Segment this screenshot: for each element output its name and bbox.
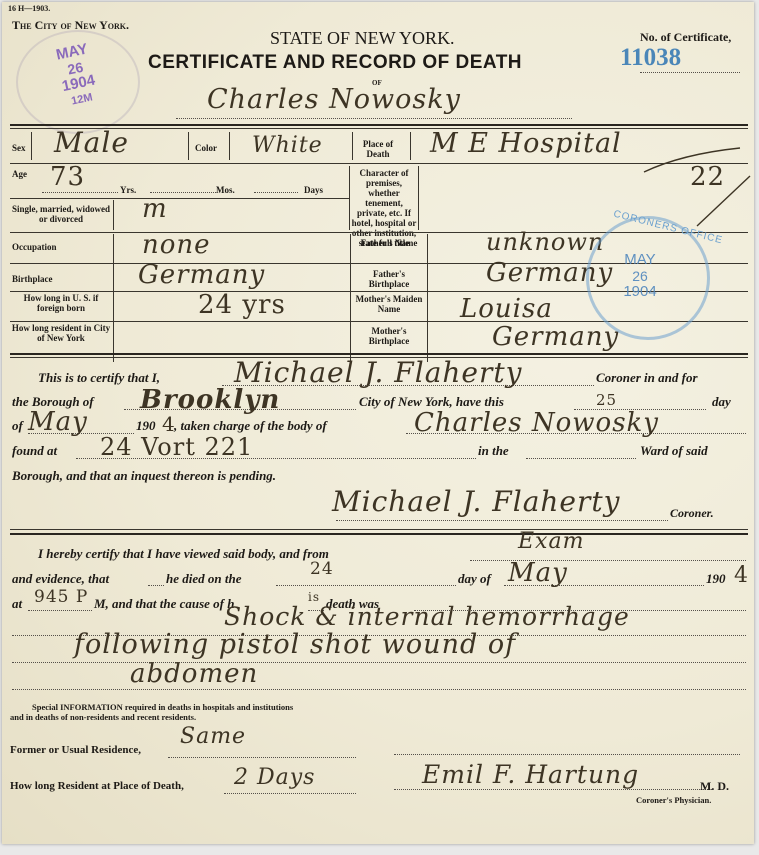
md-label: M. D.	[700, 779, 729, 794]
premises-label: Character of premises, whether tenement,…	[350, 168, 418, 248]
physician-cert-line3-prefix: at	[12, 596, 22, 612]
years-in-us-label: How long in U. S. if foreign born	[10, 293, 112, 313]
physician-year-digit: 4	[734, 563, 749, 588]
certificate-number: 11038	[620, 44, 681, 72]
place-of-death-value: M E Hospital	[430, 128, 622, 159]
found-at-value: 24 Vort 221	[100, 433, 253, 461]
death-certificate: 16 H—1903. The City of New York. MAY 26 …	[2, 2, 754, 844]
years-in-us-value: 24 yrs	[198, 290, 286, 320]
resident-duration-label: How long Resident at Place of Death,	[10, 780, 184, 792]
coroner-cert-line1-prefix: This is to certify that I,	[38, 370, 160, 386]
day-value: 25	[596, 391, 617, 409]
fathers-name-label: Father's Name	[352, 238, 426, 248]
deceased-name: Charles Nowosky	[207, 84, 461, 115]
sex-value: Male	[54, 126, 129, 159]
year-prefix: 190	[136, 418, 156, 434]
former-residence-label: Former or Usual Residence,	[10, 744, 141, 756]
cause-line-3: abdomen	[130, 659, 258, 689]
physician-year-prefix: 190	[706, 571, 726, 587]
physician-cert-line1: I hereby certify that I have viewed said…	[38, 546, 329, 562]
coroner-cert-line2-suffix: day	[712, 394, 731, 410]
age-label: Age	[12, 169, 27, 179]
coroners-office-stamp: MAY 26 1904	[620, 252, 660, 300]
fathers-birthplace-label: Father's Birthplace	[352, 269, 426, 289]
fathers-name-value: unknown	[486, 228, 604, 256]
certificate-title: CERTIFICATE AND RECORD OF DEATH	[148, 52, 522, 74]
death-day-value: 24	[310, 559, 334, 579]
physician-title: Coroner's Physician.	[636, 795, 711, 805]
coroner-cert-line1-suffix: Coroner in and for	[596, 370, 698, 386]
place-of-death-label: Place of Death	[354, 139, 402, 159]
birthplace-label: Birthplace	[12, 274, 53, 284]
special-info-heading-1: Special INFORMATION required in deaths i…	[32, 702, 293, 712]
coroner-cert-line4-prefix: found at	[12, 443, 57, 459]
mothers-birthplace-label: Mother's Birthplace	[352, 326, 426, 346]
mothers-maiden-name-label: Mother's Maiden Name	[352, 294, 426, 314]
physician-cert-line2-mid: he died on the	[166, 571, 241, 587]
physician-cert-line2-prefix: and evidence, that	[12, 571, 109, 587]
former-residence-value: Same	[180, 724, 246, 749]
age-years: 73	[50, 162, 85, 192]
cause-line-2: following pistol shot wound of	[74, 629, 516, 660]
marital-status-value: m	[142, 194, 168, 224]
resident-duration-value: 2 Days	[234, 765, 315, 790]
coroner-cert-line3-mid: , taken charge of the body of	[174, 418, 327, 434]
color-value: White	[252, 133, 323, 158]
coroner-cert-line3-prefix: of	[12, 418, 23, 434]
color-label: Color	[195, 143, 217, 153]
coroner-signature-label: Coroner.	[670, 506, 714, 521]
coroner-cert-line4-suffix: Ward of said	[640, 443, 708, 459]
occupation-label: Occupation	[12, 242, 57, 252]
physician-cert-day-of: day of	[458, 571, 491, 587]
death-time-value: 945 P	[34, 587, 88, 607]
death-month-value: May	[508, 558, 568, 588]
body-of-value: Charles Nowosky	[414, 408, 659, 438]
years-label: Yrs.	[120, 185, 136, 195]
state-heading: STATE OF NEW YORK.	[270, 28, 455, 49]
borough-value: Brooklyn	[140, 385, 280, 415]
days-label: Days	[304, 185, 323, 195]
special-info-heading-2: and in deaths of non-residents and recen…	[10, 712, 196, 722]
birthplace-value: Germany	[138, 260, 265, 290]
occupation-value: none	[142, 230, 211, 260]
mothers-maiden-name-value: Louisa	[460, 294, 553, 324]
sex-label: Sex	[12, 143, 26, 153]
years-in-nyc-label: How long resident in City of New York	[10, 323, 112, 343]
marital-status-label: Single, married, widowed or divorced	[10, 204, 112, 224]
coroner-cert-line4-mid: in the	[478, 443, 509, 459]
mothers-birthplace-value: Germany	[492, 322, 619, 352]
physician-signature: Emil F. Hartung	[422, 760, 639, 789]
physician-cert-line3-mid: M, and that the cause of h	[94, 596, 235, 612]
coroner-signature: Michael J. Flaherty	[332, 485, 620, 518]
months-label: Mos.	[216, 185, 235, 195]
certificate-number-label: No. of Certificate,	[640, 30, 731, 45]
cause-line-1: Shock & internal hemorrhage	[224, 602, 630, 631]
form-number: 16 H—1903.	[8, 4, 50, 13]
coroner-cert-line5: Borough, and that an inquest thereon is …	[12, 468, 276, 484]
month-value: May	[28, 407, 88, 437]
evidence-value: Exam	[518, 529, 584, 554]
